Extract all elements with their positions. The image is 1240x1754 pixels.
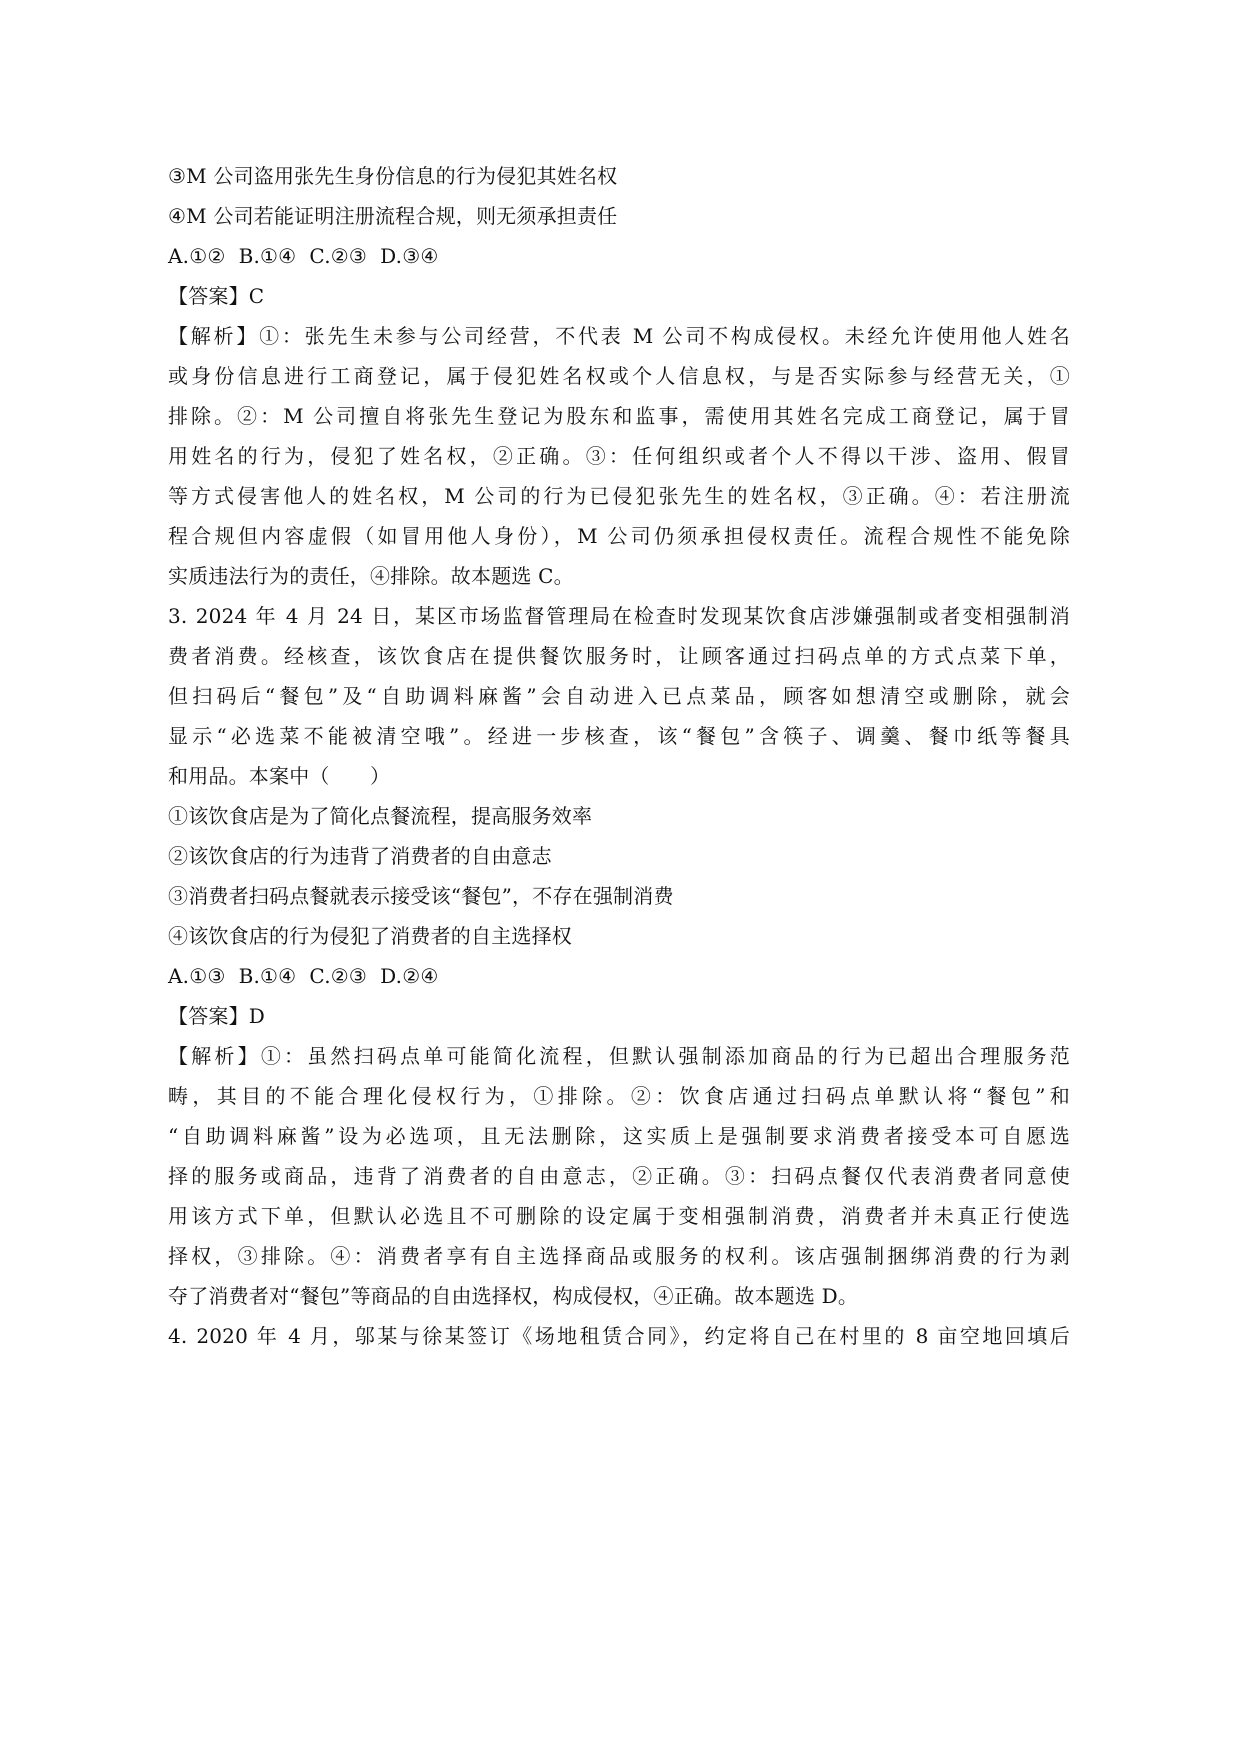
q2-choices: A.①② B.①④ C.②③ D.③④ (168, 236, 1070, 276)
q3-analysis-line: 用该方式下单，但默认必选且不可删除的设定属于变相强制消费，消费者并未真正行使选 (168, 1196, 1070, 1236)
q3-option-2: ②该饮食店的行为违背了消费者的自由意志 (168, 836, 1070, 876)
q3-option-1: ①该饮食店是为了简化点餐流程，提高服务效率 (168, 796, 1070, 836)
q2-analysis-line: 程合规但内容虚假（如冒用他人身份），M 公司仍须承担侵权责任。流程合规性不能免除 (168, 516, 1070, 556)
q4-stem-line: 4. 2020 年 4 月，邬某与徐某签订《场地租赁合同》，约定将自己在村里的 … (168, 1316, 1070, 1356)
document-page: ③M 公司盗用张先生身份信息的行为侵犯其姓名权 ④M 公司若能证明注册流程合规，… (168, 156, 1070, 1356)
q3-stem-line: 费者消费。经核查，该饮食店在提供餐饮服务时，让顾客通过扫码点单的方式点菜下单， (168, 636, 1070, 676)
q3-option-3: ③消费者扫码点餐就表示接受该“餐包”，不存在强制消费 (168, 876, 1070, 916)
q3-analysis-line: 择的服务或商品，违背了消费者的自由意志，②正确。③：扫码点餐仅代表消费者同意使 (168, 1156, 1070, 1196)
q3-stem-line: 3. 2024 年 4 月 24 日，某区市场监督管理局在检查时发现某饮食店涉嫌… (168, 596, 1070, 636)
q2-option-3: ③M 公司盗用张先生身份信息的行为侵犯其姓名权 (168, 156, 1070, 196)
q2-analysis-line: 用姓名的行为，侵犯了姓名权，②正确。③：任何组织或者个人不得以干涉、盗用、假冒 (168, 436, 1070, 476)
q3-analysis-line: “自助调料麻酱”设为必选项，且无法删除，这实质上是强制要求消费者接受本可自愿选 (168, 1116, 1070, 1156)
q3-choices: A.①③ B.①④ C.②③ D.②④ (168, 956, 1070, 996)
q2-analysis-line: 【解析】①：张先生未参与公司经营，不代表 M 公司不构成侵权。未经允许使用他人姓… (168, 316, 1070, 356)
q2-option-4: ④M 公司若能证明注册流程合规，则无须承担责任 (168, 196, 1070, 236)
q2-analysis-line: 排除。②：M 公司擅自将张先生登记为股东和监事，需使用其姓名完成工商登记，属于冒 (168, 396, 1070, 436)
q3-analysis-line: 畴，其目的不能合理化侵权行为，①排除。②：饮食店通过扫码点单默认将“餐包”和 (168, 1076, 1070, 1116)
q3-stem-line: 但扫码后“餐包”及“自助调料麻酱”会自动进入已点菜品，顾客如想清空或删除，就会 (168, 676, 1070, 716)
q2-analysis-line: 等方式侵害他人的姓名权，M 公司的行为已侵犯张先生的姓名权，③正确。④：若注册流 (168, 476, 1070, 516)
q2-analysis-line: 实质违法行为的责任，④排除。故本题选 C。 (168, 556, 1070, 596)
q2-answer: 【答案】C (168, 276, 1070, 316)
q3-analysis-line: 【解析】①：虽然扫码点单可能简化流程，但默认强制添加商品的行为已超出合理服务范 (168, 1036, 1070, 1076)
q3-stem-line: 和用品。本案中（ ） (168, 756, 1070, 796)
q3-analysis-line: 夺了消费者对“餐包”等商品的自由选择权，构成侵权，④正确。故本题选 D。 (168, 1276, 1070, 1316)
q3-analysis-line: 择权，③排除。④：消费者享有自主选择商品或服务的权利。该店强制捆绑消费的行为剥 (168, 1236, 1070, 1276)
q3-answer: 【答案】D (168, 996, 1070, 1036)
q3-option-4: ④该饮食店的行为侵犯了消费者的自主选择权 (168, 916, 1070, 956)
q2-analysis-line: 或身份信息进行工商登记，属于侵犯姓名权或个人信息权，与是否实际参与经营无关，① (168, 356, 1070, 396)
q3-stem-line: 显示“必选菜不能被清空哦”。经进一步核查，该“餐包”含筷子、调羹、餐巾纸等餐具 (168, 716, 1070, 756)
